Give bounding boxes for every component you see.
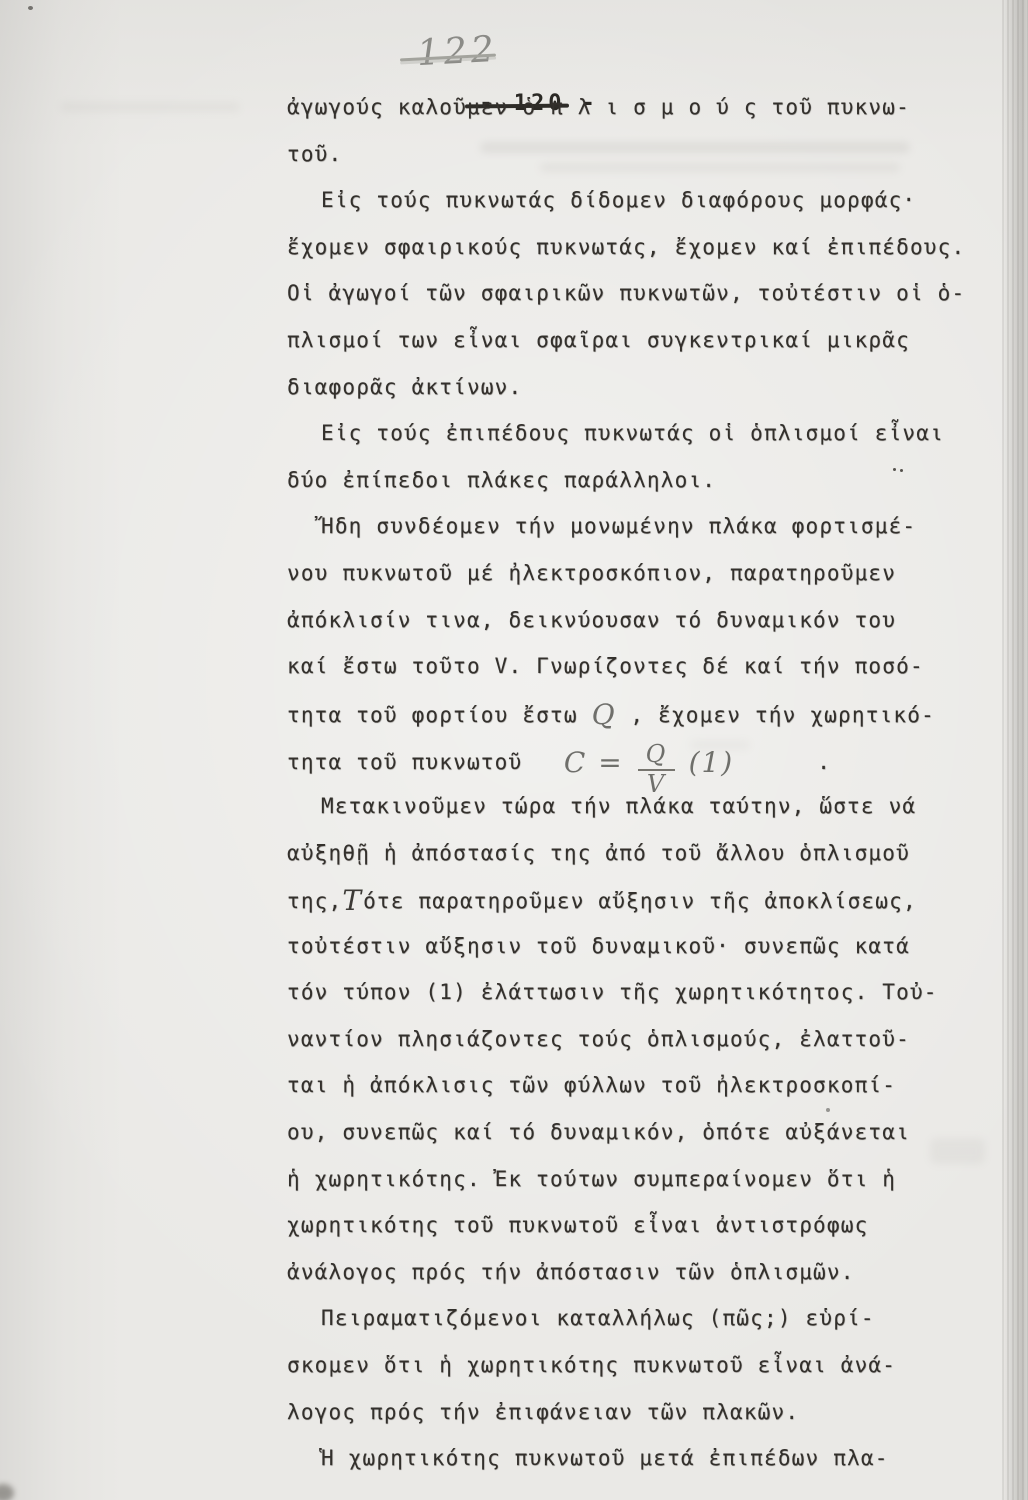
typed-text: χωρητικότης τοῦ πυκνωτοῦ εἶναι ἀντιστρόφ… [287, 1213, 868, 1237]
typed-text: . [734, 751, 831, 775]
typed-text: λογος πρός τήν ἐπιφάνειαν τῶν πλακῶν. [287, 1400, 799, 1424]
text-line: ἀνάλογος πρός τήν ἀπόστασιν τῶν ὁπλισμῶν… [287, 1249, 987, 1296]
handwritten-page-number: 122 [416, 29, 499, 74]
typed-text: ἀνάλογος πρός τήν ἀπόστασιν τῶν ὁπλισμῶν… [287, 1260, 855, 1284]
typed-text: τοῦ. [287, 142, 342, 166]
text-line: Εἰς τούς πυκνωτάς δίδομεν διαφόρους μορφ… [287, 177, 987, 224]
text-line: της,Τότε παρατηροῦμεν αὔξησιν τῆς ἀποκλί… [287, 876, 987, 923]
typed-text: ότε παρατηροῦμεν αὔξησιν τῆς ἀποκλίσεως, [363, 889, 917, 913]
formula-fraction: QV [638, 742, 675, 796]
text-line: ἔχομεν σφαιρικούς πυκνωτάς, ἔχομεν καί ἐ… [287, 224, 987, 271]
text-line: τητα τοῦ φορτίου ἔστω Q , ἔχομεν τήν χωρ… [287, 690, 987, 737]
text-line: Ἤδη συνδέομεν τήν μονωμένην πλάκα φορτισ… [287, 503, 987, 550]
text-line: πλισμοί των εἶναι σφαῖραι συγκεντρικαί μ… [287, 317, 987, 364]
typed-text: της, [287, 889, 342, 913]
text-line: διαφορᾶς ἀκτίνων. [287, 364, 987, 411]
text-line: Ἡ χωρητικότης πυκνωτοῦ μετά ἐπιπέδων πλα… [287, 1435, 987, 1482]
text-line: ου, συνεπῶς καί τό δυναμικόν, ὁπότε αὐξά… [287, 1109, 987, 1156]
typed-text: Πειραματιζόμενοι καταλλήλως (πῶς;) εὑρί- [321, 1306, 875, 1330]
typed-text: ται ἡ ἀπόκλισις τῶν φύλλων τοῦ ἠλεκτροσκ… [287, 1073, 896, 1097]
text-line: ἀπόκλισίν τινα, δεικνύουσαν τό δυναμικόν… [287, 597, 987, 644]
text-line: ἡ χωρητικότης. Ἐκ τούτων συμπεραίνομεν ὅ… [287, 1156, 987, 1203]
typed-text: πλισμοί των εἶναι σφαῖραι συγκεντρικαί μ… [287, 328, 910, 352]
fraction-denominator: V [638, 771, 675, 797]
text-line: λογος πρός τήν ἐπιφάνειαν τῶν πλακῶν. [287, 1389, 987, 1436]
text-line: δύο ἐπίπεδοι πλάκες παράλληλοι. [287, 457, 987, 504]
typed-text: Εἰς τούς πυκνωτάς δίδομεν διαφόρους μορφ… [321, 188, 916, 212]
handwritten-annotation: (1) [689, 746, 735, 779]
typed-text: Ἤδη συνδέομεν τήν μονωμένην πλάκα φορτισ… [321, 514, 916, 538]
text-line: Εἰς τούς ἐπιπέδους πυκνωτάς οἱ ὁπλισμοί … [287, 410, 987, 457]
typed-text: διαφορᾶς ἀκτίνων. [287, 375, 522, 399]
handwritten-annotation: Τ [342, 884, 363, 917]
text-line: Οἱ ἀγωγοί τῶν σφαιρικῶν πυκνωτῶν, τοὐτέσ… [287, 270, 987, 317]
typed-text: Ἡ χωρητικότης πυκνωτοῦ μετά ἐπιπέδων πλα… [321, 1446, 889, 1470]
typed-text: ἀπόκλισίν τινα, δεικνύουσαν τό δυναμικόν… [287, 608, 896, 632]
text-line: τητα τοῦ πυκνωτοῦ C =QV(1) . [287, 736, 987, 783]
text-lines: ἀγωγούς καλοῦμεν ὁ π λ ι σ μ ο ύ ς τοῦ π… [287, 84, 987, 1482]
typed-text: νου πυκνωτοῦ μέ ἠλεκτροσκόπιον, παρατηρο… [287, 561, 896, 585]
typed-text: Οἱ ἀγωγοί τῶν σφαιρικῶν πυκνωτῶν, τοὐτέσ… [287, 281, 965, 305]
text-line: νου πυκνωτοῦ μέ ἠλεκτροσκόπιον, παρατηρο… [287, 550, 987, 597]
text-line: χωρητικότης τοῦ πυκνωτοῦ εἶναι ἀντιστρόφ… [287, 1202, 987, 1249]
text-line: αὐξηθῇ ἡ ἀπόστασίς της ἀπό τοῦ ἄλλου ὁπλ… [287, 830, 987, 877]
typed-text: ἀγωγούς καλοῦμεν ὁ π λ ι σ μ ο ύ ς τοῦ π… [287, 95, 910, 119]
fraction-numerator: Q [638, 742, 675, 770]
typed-text: δύο ἐπίπεδοι πλάκες παράλληλοι. [287, 468, 716, 492]
typed-text: , ἔχομεν τήν χωρητικό- [617, 703, 935, 727]
text-line: τοῦ. [287, 131, 987, 178]
typed-text: τητα τοῦ φορτίου ἔστω [287, 703, 592, 727]
typed-text: τητα τοῦ πυκνωτοῦ [287, 751, 564, 775]
typed-text: καί ἔστω τοῦτο V. Γνωρίζοντες δέ καί τήν… [287, 654, 924, 678]
typed-text: σκομεν ὅτι ἡ χωρητικότης πυκνωτοῦ εἶναι … [287, 1353, 896, 1377]
typed-text: ναντίον πλησιάζοντες τούς ὁπλισμούς, ἐλα… [287, 1027, 910, 1051]
text-line: ται ἡ ἀπόκλισις τῶν φύλλων τοῦ ἠλεκτροσκ… [287, 1062, 987, 1109]
typed-text: Εἰς τούς ἐπιπέδους πυκνωτάς οἱ ὁπλισμοί … [321, 421, 944, 445]
page-edge-shadow [1002, 0, 1028, 1500]
text-line: σκομεν ὅτι ἡ χωρητικότης πυκνωτοῦ εἶναι … [287, 1342, 987, 1389]
text-line: Πειραματιζόμενοι καταλλήλως (πῶς;) εὑρί- [287, 1295, 987, 1342]
typed-text: τοὐτέστιν αὔξησιν τοῦ δυναμικοῦ· συνεπῶς… [287, 934, 910, 958]
typed-text: ἡ χωρητικότης. Ἐκ τούτων συμπεραίνομεν ὅ… [287, 1167, 896, 1191]
text-line: τοὐτέστιν αὔξησιν τοῦ δυναμικοῦ· συνεπῶς… [287, 923, 987, 970]
typed-text: ου, συνεπῶς καί τό δυναμικόν, ὁπότε αὐξά… [287, 1120, 910, 1144]
handwritten-annotation: C = [564, 746, 624, 779]
typed-text: Μετακινοῦμεν τώρα τήν πλάκα ταύτην, ὥστε… [321, 794, 916, 818]
text-line: καί ἔστω τοῦτο V. Γνωρίζοντες δέ καί τήν… [287, 643, 987, 690]
text-line: ναντίον πλησιάζοντες τούς ὁπλισμούς, ἐλα… [287, 1016, 987, 1063]
text-line: τόν τύπον (1) ἐλάττωσιν τῆς χωρητικότητο… [287, 969, 987, 1016]
typed-text: αὐξηθῇ ἡ ἀπόστασίς της ἀπό τοῦ ἄλλου ὁπλ… [287, 841, 910, 865]
typed-text: ἔχομεν σφαιρικούς πυκνωτάς, ἔχομεν καί ἐ… [287, 235, 965, 259]
typed-text: τόν τύπον (1) ἐλάττωσιν τῆς χωρητικότητο… [287, 980, 938, 1004]
text-line: ἀγωγούς καλοῦμεν ὁ π λ ι σ μ ο ύ ς τοῦ π… [287, 84, 987, 131]
handwritten-annotation: Q [592, 698, 617, 731]
